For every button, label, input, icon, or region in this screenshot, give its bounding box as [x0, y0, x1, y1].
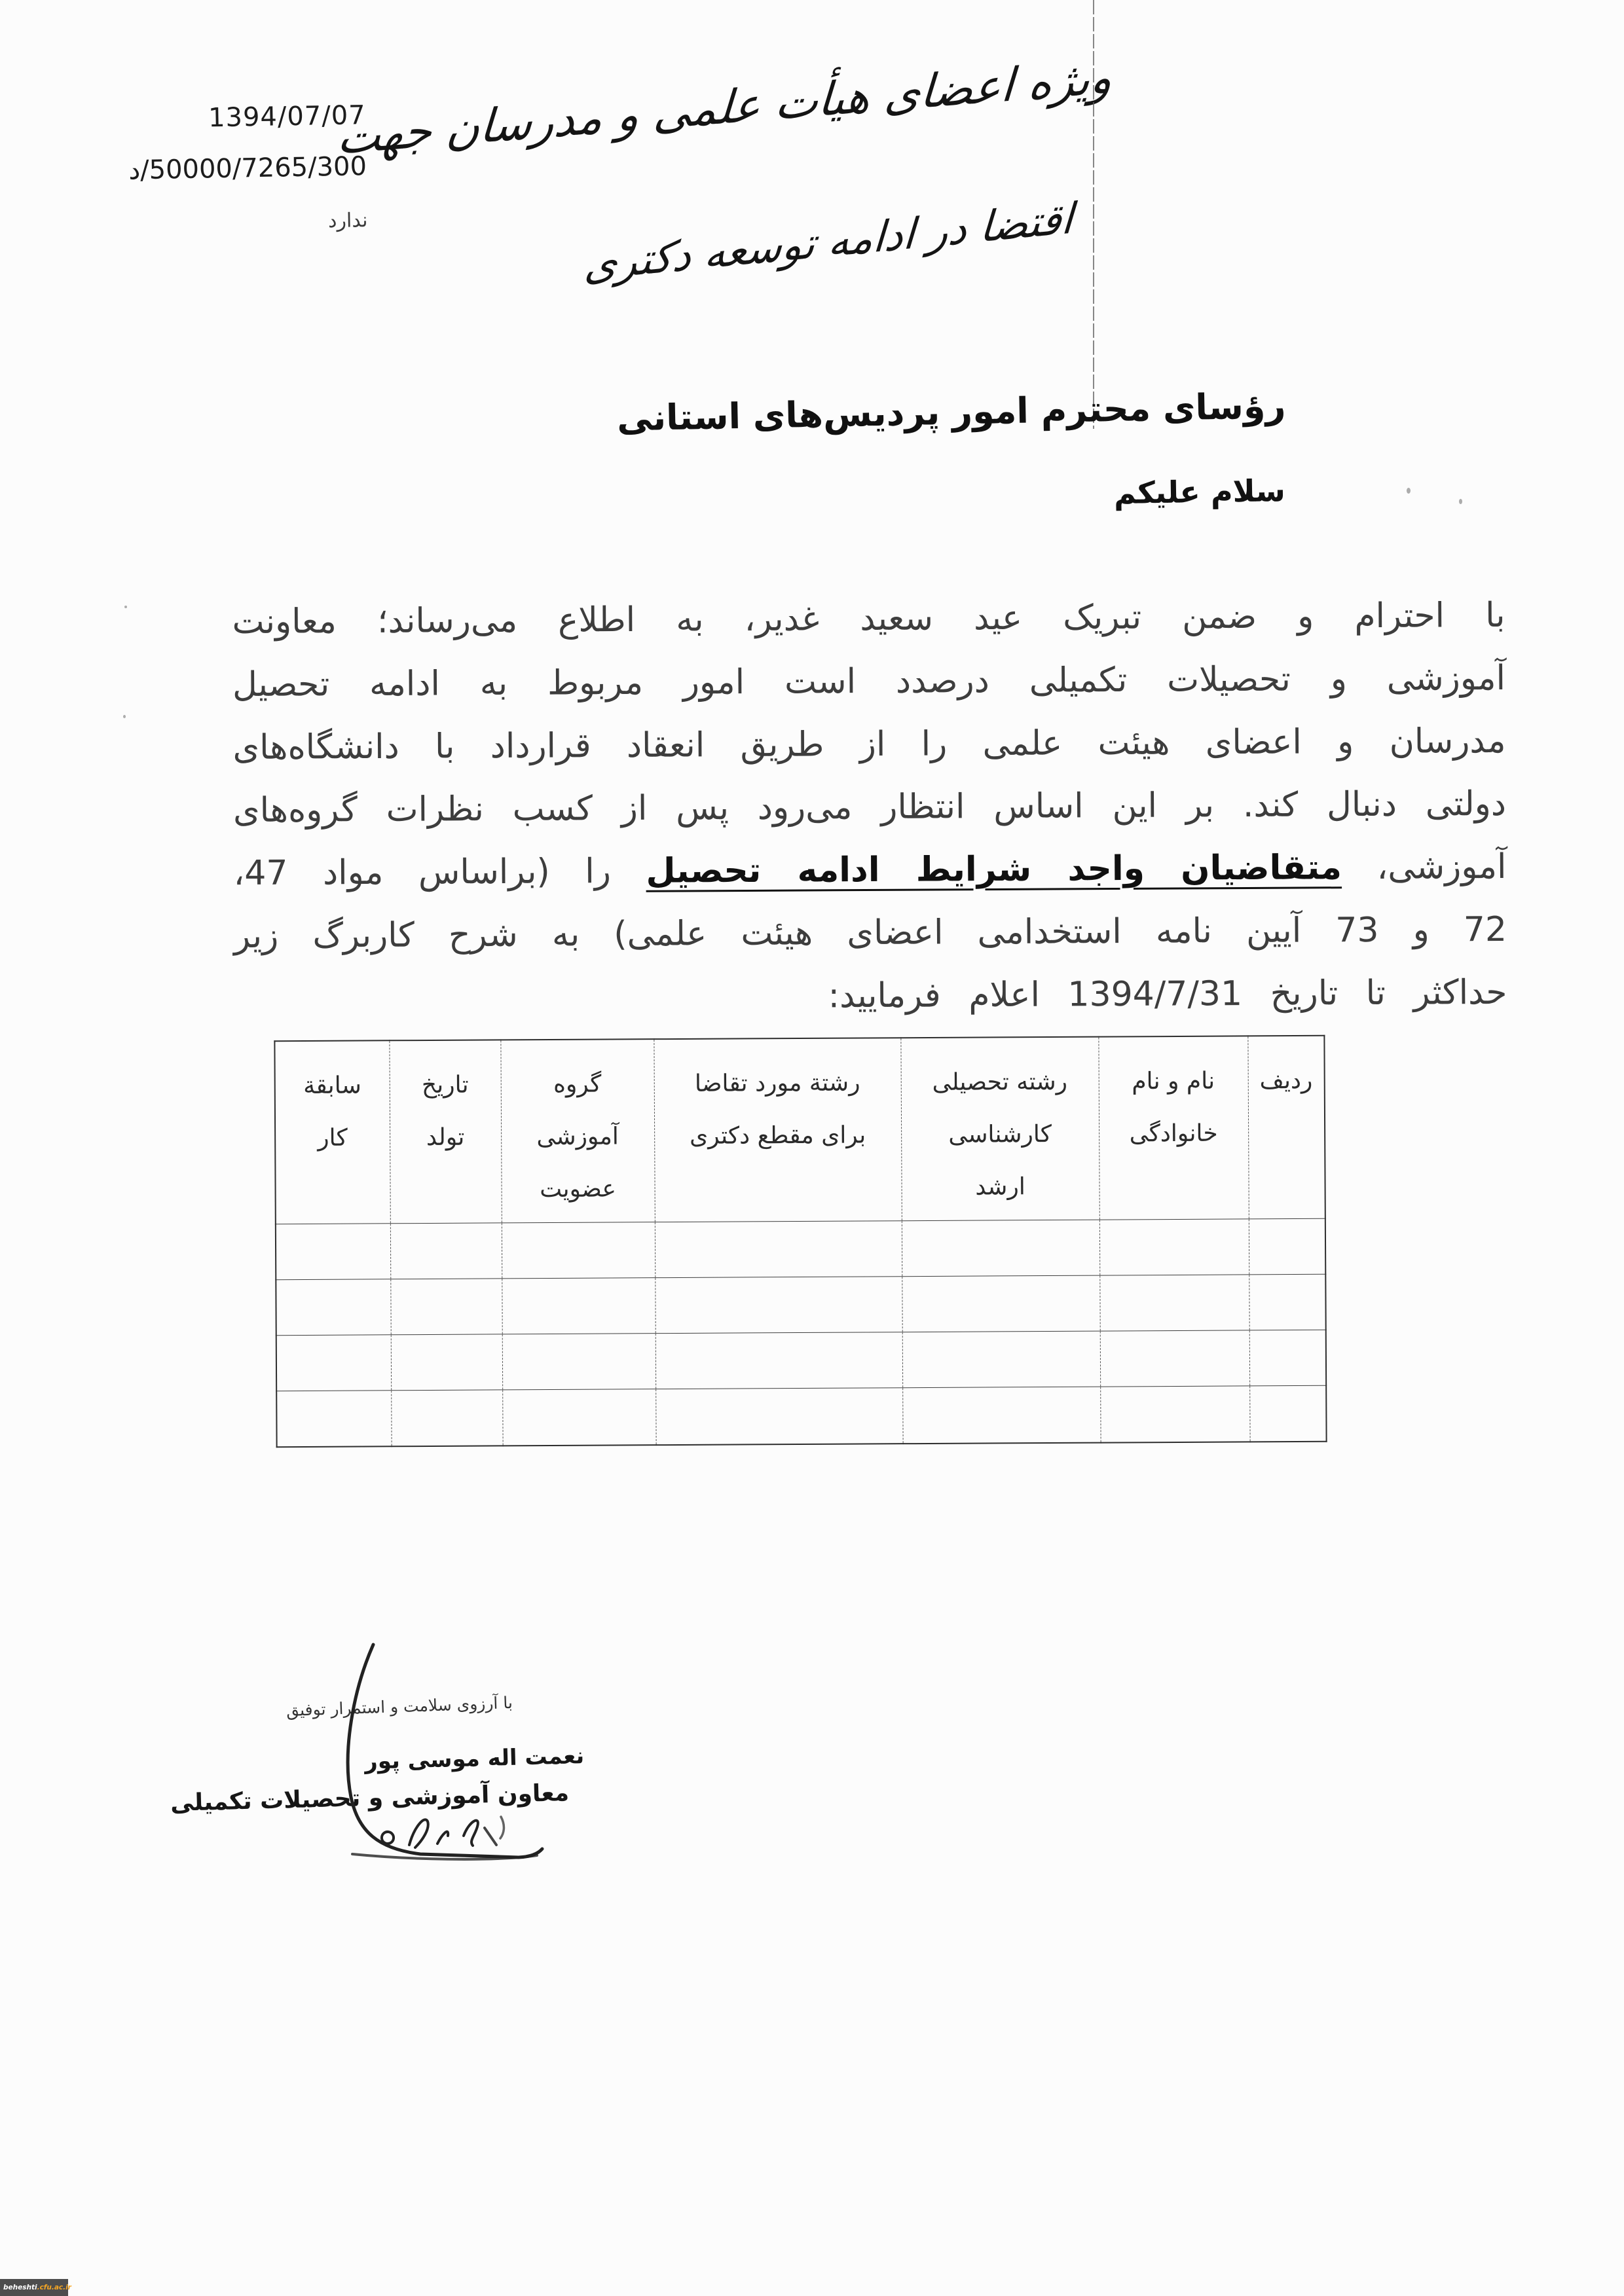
empty-cell	[655, 1388, 902, 1445]
empty-cell	[276, 1224, 390, 1280]
header-cell-row-number: ردیف	[1247, 1036, 1325, 1219]
body-emphasized-text: متقاضیان واجد شرایط ادامه تحصیل	[646, 848, 1342, 891]
empty-cell	[276, 1391, 391, 1447]
letterhead-number: د/50000/7265/300	[0, 151, 367, 188]
empty-cell	[390, 1279, 502, 1335]
empty-cell	[655, 1277, 902, 1334]
empty-cell	[391, 1390, 502, 1446]
table-row	[276, 1330, 1326, 1391]
empty-cell	[390, 1223, 502, 1279]
salutation: سلام علیکم	[1114, 473, 1286, 511]
empty-cell	[502, 1278, 655, 1334]
empty-cell	[1249, 1218, 1325, 1275]
empty-cell	[1099, 1275, 1249, 1331]
empty-cell	[1249, 1330, 1326, 1386]
empty-cell	[902, 1275, 1099, 1332]
letterhead-number-text: د/50000/7265/300	[128, 151, 367, 185]
table-row	[276, 1218, 1325, 1279]
body-emphasized: متقاضیان واجد شرایط ادامه تحصیل	[646, 848, 1342, 891]
empty-cell	[1249, 1274, 1325, 1330]
body-paragraph: با احترام و ضمن تبریک عید سعید غدیر، به …	[232, 584, 1507, 1030]
signature-scribble	[275, 1584, 733, 1886]
empty-cell	[1249, 1385, 1326, 1442]
applicant-table: ردیف نام و نام خانوادگی رشته تحصیلی کارش…	[274, 1035, 1327, 1448]
signer-title: معاون آموزشی و تحصیلات تکمیلی	[170, 1779, 570, 1817]
scan-speck	[1407, 488, 1411, 494]
header-cell-birth-date: تاریخ تولد	[389, 1040, 501, 1223]
empty-cell	[391, 1334, 502, 1391]
empty-cell	[502, 1389, 655, 1446]
handwritten-note-line2: اقتضا در ادامه توسعه دکتری	[628, 194, 1074, 286]
header-cell-academic-group: گروه آموزشی عضویت	[500, 1039, 654, 1223]
scan-speck	[1459, 499, 1462, 504]
empty-cell	[902, 1331, 1100, 1388]
empty-cell	[1100, 1386, 1249, 1443]
empty-cell	[502, 1222, 655, 1279]
table-header-row: ردیف نام و نام خانوادگی رشته تحصیلی کارش…	[274, 1036, 1325, 1224]
header-cell-full-name: نام و نام خانوادگی	[1098, 1036, 1248, 1220]
scanned-letter-page: 1394/07/07 د/50000/7265/300 ندارد ویژه ا…	[0, 0, 1624, 2296]
header-cell-work-experience: سابقة کار	[274, 1040, 390, 1224]
empty-cell	[502, 1334, 655, 1390]
empty-cell	[276, 1335, 391, 1391]
table-row	[276, 1274, 1325, 1335]
recipient-heading: رؤسای محترم امور پردیس‌های استانی	[616, 385, 1285, 439]
handwritten-note-line1: ویژه اعضای هیأت علمی و مدرسان جهت	[418, 50, 1114, 158]
empty-cell	[902, 1220, 1099, 1277]
scan-speck	[123, 715, 126, 718]
empty-cell	[1099, 1219, 1249, 1275]
scan-speck	[124, 606, 127, 608]
empty-cell	[276, 1279, 390, 1336]
empty-cell	[655, 1221, 902, 1278]
header-cell-requested-phd-field: رشتة مورد تقاضا برای مقطع دکتری	[654, 1038, 901, 1222]
letterhead-block: 1394/07/07 د/50000/7265/300 ندارد	[0, 100, 368, 238]
signer-name: نعمت اله موسی پور	[364, 1743, 584, 1775]
watermark-text-primary: beheshti	[3, 2284, 37, 2291]
table-row	[276, 1385, 1326, 1447]
signature-wish: با آرزوی سلامت و استمرار توفیق	[286, 1693, 513, 1720]
letterhead-date: 1394/07/07	[0, 100, 366, 137]
letterhead-attachment: ندارد	[1, 209, 368, 238]
header-cell-masters-field: رشته تحصیلی کارشناسی ارشد	[900, 1037, 1099, 1221]
watermark-text-secondary: .cfu.ac.ir	[37, 2284, 71, 2291]
empty-cell	[902, 1387, 1100, 1444]
empty-cell	[655, 1332, 902, 1389]
fold-line	[1093, 0, 1094, 429]
watermark-badge: beheshti.cfu.ac.ir	[0, 2279, 68, 2296]
body-text-part1: با احترام و ضمن تبریک عید سعید غدیر، به …	[232, 596, 1506, 887]
empty-cell	[1100, 1330, 1249, 1387]
